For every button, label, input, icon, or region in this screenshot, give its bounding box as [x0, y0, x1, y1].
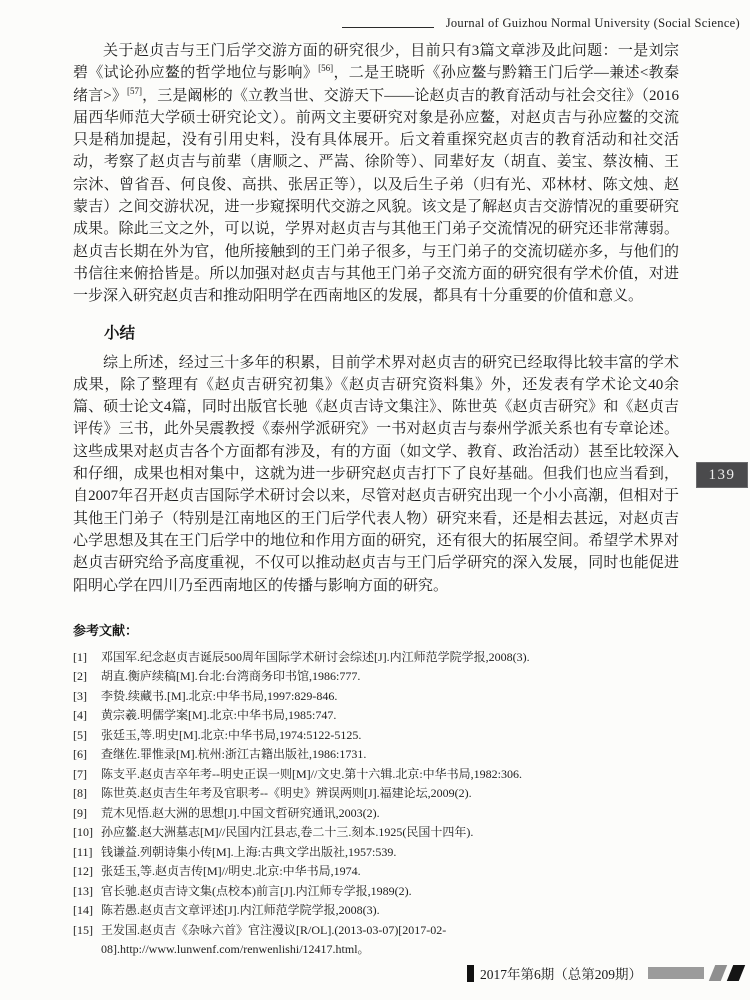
reference-text: 陈世英.赵贞吉生年考及官职考--《明史》辨误两则[J].福建论坛,2009(2)…	[101, 786, 472, 800]
reference-text: 查继佐.罪惟录[M].杭州:浙江古籍出版社,1986:1731.	[101, 747, 366, 761]
paragraph-summary: 综上所述，经过三十多年的积累，目前学术界对赵贞吉的研究已经取得比较丰富的学术成果…	[73, 352, 679, 597]
para1-seg3: ，三是阚彬的《立教当世、交游天下——论赵贞吉的教育活动与社会交往》（2016届西…	[73, 88, 679, 305]
reference-label: [7]	[73, 765, 101, 785]
reference-item: [3]李贽.续藏书.[M].北京:中华书局,1997:829-846.	[73, 687, 679, 707]
reference-text: 钱谦益.列朝诗集小传[M].上海:古典文学出版社,1957:539.	[101, 845, 396, 859]
reference-label: [11]	[73, 843, 101, 863]
reference-text: 王发国.赵贞吉《杂咏六首》官注漫议[R/OL].(2013-03-07)[201…	[101, 923, 446, 957]
reference-label: [3]	[73, 687, 101, 707]
reference-text: 李贽.续藏书.[M].北京:中华书局,1997:829-846.	[101, 689, 337, 703]
footer-slant-black	[727, 965, 745, 981]
reference-label: [5]	[73, 726, 101, 746]
reference-item: [4]黄宗羲.明儒学案[M].北京:中华书局,1985:747.	[73, 706, 679, 726]
reference-text: 胡直.衡庐续稿[M].台北:台湾商务印书馆,1986:777.	[101, 669, 360, 683]
reference-text: 张廷玉,等.赵贞吉传[M]//明史.北京:中华书局,1974.	[101, 864, 361, 878]
reference-item: [5]张廷玉,等.明史[M].北京:中华书局,1974:5122-5125.	[73, 726, 679, 746]
reference-text: 陈若愚.赵贞吉文章评述[J].内江师范学院学报,2008(3).	[101, 903, 380, 917]
reference-label: [4]	[73, 706, 101, 726]
reference-label: [14]	[73, 901, 101, 921]
reference-label: [10]	[73, 823, 101, 843]
footer-gray-bar	[648, 967, 704, 979]
page-number: 139	[709, 467, 736, 484]
footer-slant-gray	[709, 965, 727, 981]
section-heading-summary: 小结	[73, 321, 679, 343]
reference-item: [12]张廷玉,等.赵贞吉传[M]//明史.北京:中华书局,1974.	[73, 862, 679, 882]
page-number-badge: 139	[696, 462, 748, 488]
references-list: [1]邓国军.纪念赵贞吉诞辰500周年国际学术研讨会综述[J].内江师范学院学报…	[73, 648, 679, 960]
journal-header: Journal of Guizhou Normal University (So…	[342, 16, 740, 31]
reference-text: 官长驰.赵贞吉诗文集(点校本)前言[J].内江师专学报,1989(2).	[101, 884, 412, 898]
header-rule	[342, 27, 434, 28]
reference-item: [6]查继佐.罪惟录[M].杭州:浙江古籍出版社,1986:1731.	[73, 745, 679, 765]
journal-title: Journal of Guizhou Normal University (So…	[446, 16, 740, 31]
reference-text: 陈支平.赵贞吉卒年考--明史正误一则[M]//文史.第十六辑.北京:中华书局,1…	[101, 767, 522, 781]
article-body: 关于赵贞吉与王门后学交游方面的研究很少，目前只有3篇文章涉及此问题：一是刘宗碧《…	[73, 40, 679, 960]
paragraph-research-review: 关于赵贞吉与王门后学交游方面的研究很少，目前只有3篇文章涉及此问题：一是刘宗碧《…	[73, 40, 679, 308]
reference-label: [6]	[73, 745, 101, 765]
reference-text: 黄宗羲.明儒学案[M].北京:中华书局,1985:747.	[101, 708, 336, 722]
issue-text: 2017年第6期（总第209期）	[480, 963, 642, 983]
reference-label: [2]	[73, 667, 101, 687]
reference-item: [15]王发国.赵贞吉《杂咏六首》官注漫议[R/OL].(2013-03-07)…	[73, 921, 679, 960]
reference-item: [1]邓国军.纪念赵贞吉诞辰500周年国际学术研讨会综述[J].内江师范学院学报…	[73, 648, 679, 668]
reference-item: [8]陈世英.赵贞吉生年考及官职考--《明史》辨误两则[J].福建论坛,2009…	[73, 784, 679, 804]
journal-page: Journal of Guizhou Normal University (So…	[0, 0, 750, 1000]
citation-sup-56: [56]	[318, 63, 333, 73]
reference-label: [12]	[73, 862, 101, 882]
reference-item: [11]钱谦益.列朝诗集小传[M].上海:古典文学出版社,1957:539.	[73, 843, 679, 863]
reference-label: [1]	[73, 648, 101, 668]
reference-item: [10]孙应鳌.赵大洲墓志[M]//民国内江县志,卷二十三.刻本.1925(民国…	[73, 823, 679, 843]
citation-sup-57: [57]	[127, 86, 142, 96]
reference-text: 荒木见悟.赵大洲的思想[J].中国文哲研究通讯,2003(2).	[101, 806, 380, 820]
reference-label: [9]	[73, 804, 101, 824]
reference-label: [13]	[73, 882, 101, 902]
reference-text: 邓国军.纪念赵贞吉诞辰500周年国际学术研讨会综述[J].内江师范学院学报,20…	[101, 650, 530, 664]
reference-label: [15]	[73, 921, 101, 941]
reference-item: [9]荒木见悟.赵大洲的思想[J].中国文哲研究通讯,2003(2).	[73, 804, 679, 824]
reference-item: [7]陈支平.赵贞吉卒年考--明史正误一则[M]//文史.第十六辑.北京:中华书…	[73, 765, 679, 785]
reference-item: [14]陈若愚.赵贞吉文章评述[J].内江师范学院学报,2008(3).	[73, 901, 679, 921]
reference-item: [2]胡直.衡庐续稿[M].台北:台湾商务印书馆,1986:777.	[73, 667, 679, 687]
references-heading: 参考文献：	[73, 620, 679, 639]
issue-footer: 2017年第6期（总第209期）	[467, 963, 745, 983]
footer-start-bar	[467, 965, 474, 982]
reference-text: 张廷玉,等.明史[M].北京:中华书局,1974:5122-5125.	[101, 728, 361, 742]
reference-label: [8]	[73, 784, 101, 804]
reference-text: 孙应鳌.赵大洲墓志[M]//民国内江县志,卷二十三.刻本.1925(民国十四年)…	[101, 825, 473, 839]
reference-item: [13]官长驰.赵贞吉诗文集(点校本)前言[J].内江师专学报,1989(2).	[73, 882, 679, 902]
